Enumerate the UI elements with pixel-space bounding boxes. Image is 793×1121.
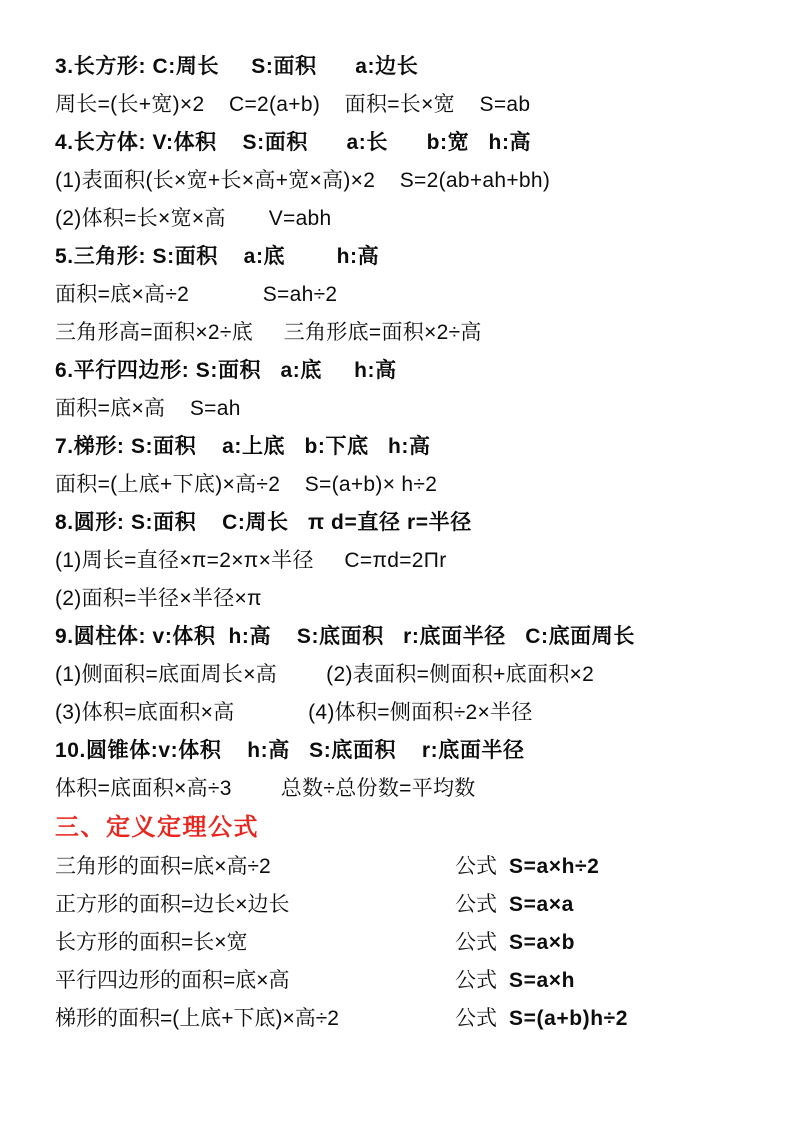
definition-text: 长方形的面积=长×宽 — [55, 924, 455, 962]
formula-value: S=a×b — [509, 924, 575, 962]
formula-label: 公式 — [455, 924, 497, 962]
section-heading-definitions: 三、定义定理公式 — [55, 808, 773, 848]
formula-value: S=(a+b)h÷2 — [509, 1000, 628, 1038]
formula-label: 公式 — [455, 848, 497, 886]
definition-text: 平行四边形的面积=底×高 — [55, 962, 455, 1000]
definition-text: 三角形的面积=底×高÷2 — [55, 848, 455, 886]
line-cuboid-volume: (2)体积=长×宽×高 V=abh — [55, 200, 773, 238]
formula-label: 公式 — [455, 886, 497, 924]
definition-row-rectangle: 长方形的面积=长×宽 公式 S=a×b — [55, 924, 773, 962]
line-trapezoid-heading: 7.梯形: S:面积 a:上底 b:下底 h:高 — [55, 428, 773, 466]
line-parallelogram-area: 面积=底×高 S=ah — [55, 390, 773, 428]
line-parallelogram-heading: 6.平行四边形: S:面积 a:底 h:高 — [55, 352, 773, 390]
document-page: 3.长方形: C:周长 S:面积 a:边长 周长=(长+宽)×2 C=2(a+b… — [0, 0, 793, 1121]
line-cuboid-surface-area: (1)表面积(长×宽+长×高+宽×高)×2 S=2(ab+ah+bh) — [55, 162, 773, 200]
line-circle-area: (2)面积=半径×半径×π — [55, 580, 773, 618]
line-triangle-area: 面积=底×高÷2 S=ah÷2 — [55, 276, 773, 314]
definition-row-square: 正方形的面积=边长×边长 公式 S=a×a — [55, 886, 773, 924]
definition-text: 正方形的面积=边长×边长 — [55, 886, 455, 924]
formula-label: 公式 — [455, 1000, 497, 1038]
line-rectangle-formulas: 周长=(长+宽)×2 C=2(a+b) 面积=长×宽 S=ab — [55, 86, 773, 124]
line-cuboid-heading: 4.长方体: V:体积 S:面积 a:长 b:宽 h:高 — [55, 124, 773, 162]
definition-row-triangle: 三角形的面积=底×高÷2 公式 S=a×h÷2 — [55, 848, 773, 886]
line-rectangle-heading: 3.长方形: C:周长 S:面积 a:边长 — [55, 48, 773, 86]
formula-value: S=a×h÷2 — [509, 848, 599, 886]
line-triangle-heading: 5.三角形: S:面积 a:底 h:高 — [55, 238, 773, 276]
line-cylinder-lateral-surface: (1)侧面积=底面周长×高 (2)表面积=侧面积+底面积×2 — [55, 656, 773, 694]
formula-label: 公式 — [455, 962, 497, 1000]
line-circle-circumference: (1)周长=直径×π=2×π×半径 C=πd=2Πr — [55, 542, 773, 580]
line-trapezoid-area: 面积=(上底+下底)×高÷2 S=(a+b)× h÷2 — [55, 466, 773, 504]
line-cylinder-heading: 9.圆柱体: v:体积 h:高 S:底面积 r:底面半径 C:底面周长 — [55, 618, 773, 656]
line-cone-volume-average: 体积=底面积×高÷3 总数÷总份数=平均数 — [55, 770, 773, 808]
definition-text: 梯形的面积=(上底+下底)×高÷2 — [55, 1000, 455, 1038]
formula-value: S=a×h — [509, 962, 575, 1000]
definition-row-parallelogram: 平行四边形的面积=底×高 公式 S=a×h — [55, 962, 773, 1000]
line-circle-heading: 8.圆形: S:面积 C:周长 π d=直径 r=半径 — [55, 504, 773, 542]
line-cone-heading: 10.圆锥体:v:体积 h:高 S:底面积 r:底面半径 — [55, 732, 773, 770]
line-triangle-height-base: 三角形高=面积×2÷底 三角形底=面积×2÷高 — [55, 314, 773, 352]
line-cylinder-volume: (3)体积=底面积×高 (4)体积=侧面积÷2×半径 — [55, 694, 773, 732]
definition-row-trapezoid: 梯形的面积=(上底+下底)×高÷2 公式 S=(a+b)h÷2 — [55, 1000, 773, 1038]
formula-value: S=a×a — [509, 886, 574, 924]
